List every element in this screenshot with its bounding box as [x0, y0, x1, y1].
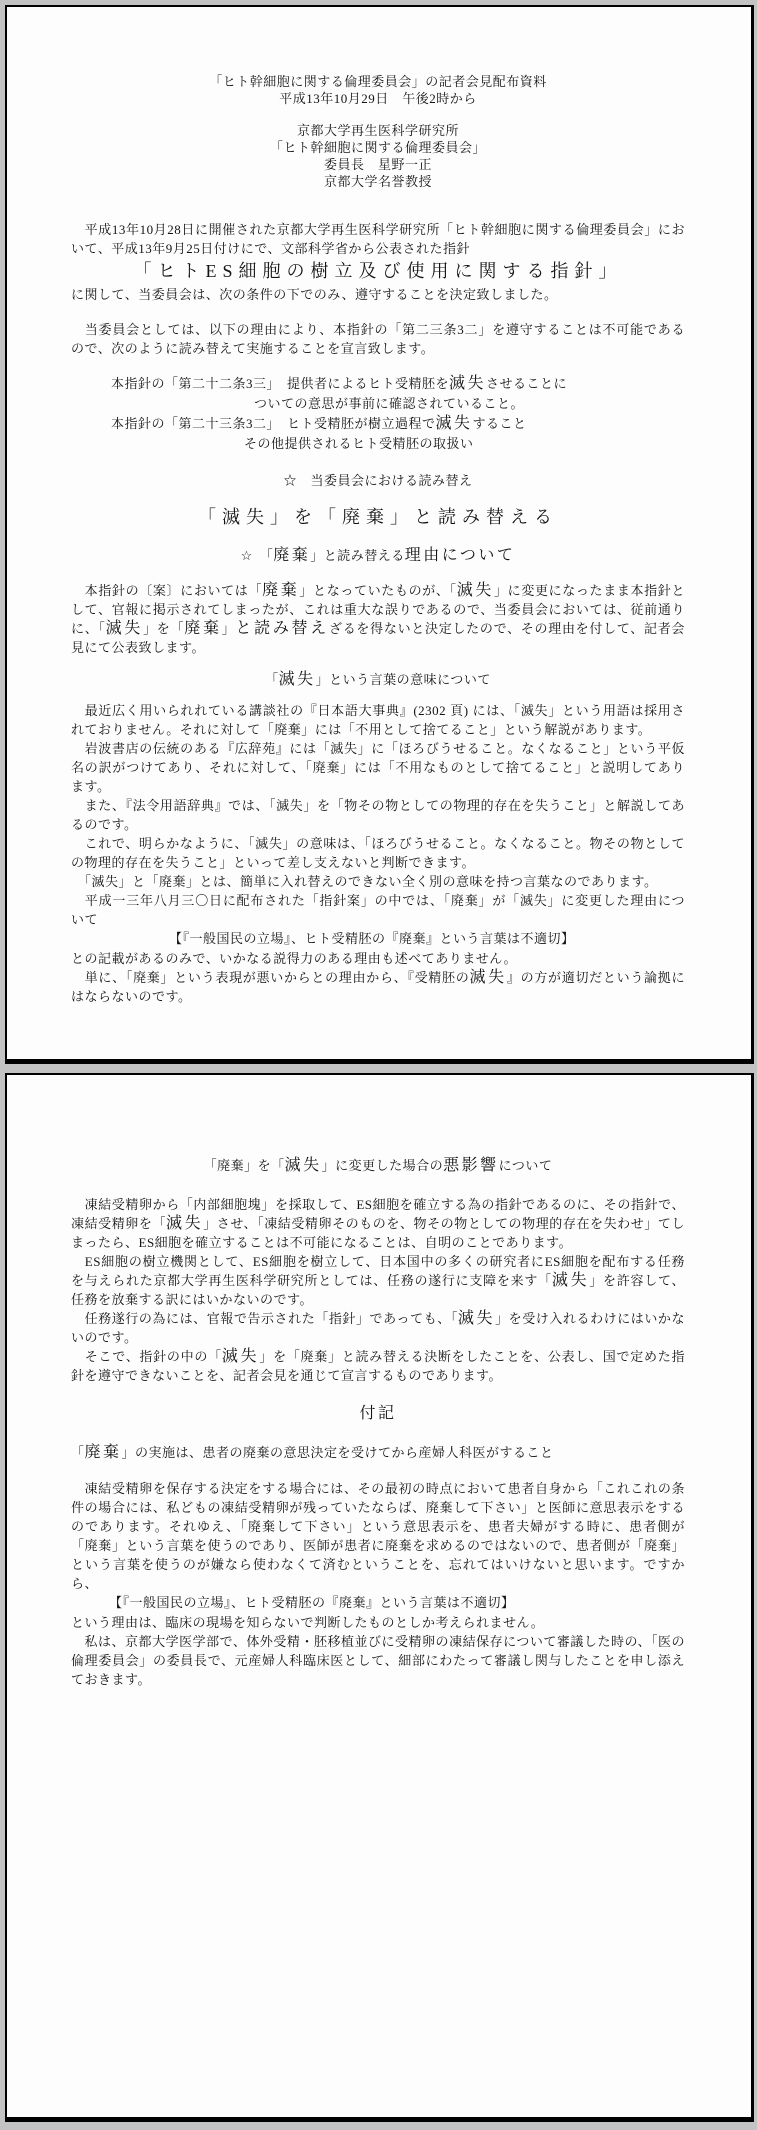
text-run: 」を「 — [143, 621, 184, 636]
header-org-line-1: 京都大学再生医科学研究所 — [71, 122, 685, 139]
emphasis-text: 滅失 — [166, 1215, 203, 1232]
emphasis-text: 滅失 — [457, 582, 494, 599]
emphasis-text: 滅失 — [436, 415, 473, 432]
text-run: ついての意思が事前に確認されていること。 — [254, 396, 524, 411]
header-title-line-2: 平成13年10月29日 午後2時から — [71, 90, 685, 107]
emphasis-text: 廃棄 — [85, 1444, 122, 1461]
bracket-note: 【『一般国民の立場』、ヒト受精胚の『廃棄』という言葉は不適切】 — [109, 1593, 685, 1613]
paragraph: 「滅失」と「廃棄」とは、簡単に入れ替えのできない全く別の意味を持つ言葉なのであり… — [71, 872, 685, 891]
text-run: 」の実施は、患者の廃棄の意思決定を受けてから産婦人科医がすること — [122, 1445, 554, 1460]
paragraph: 本指針の〔案〕においては「廃棄」となっていたものが、「滅失」に変更になったまま本… — [71, 581, 685, 657]
text-run: 平成一三年八月三〇日に配布された「指針案」の中では、「廃棄」が「滅失」に変更した… — [71, 893, 685, 927]
paragraph: 任務遂行の為には、官報で告示された「指針」であっても、「滅失」を受け入れるわけに… — [71, 1309, 685, 1347]
section-heading: ☆ 当委員会における読み替え — [71, 470, 685, 492]
bracket-note: 【『一般国民の立場』、ヒト受精胚の『廃棄』という言葉は不適切】 — [169, 929, 685, 949]
clause-item-continuation: その他提供されるヒト受精胚の取扱い — [244, 434, 685, 454]
text-run: 平成13年10月29日 午後2時から — [279, 91, 477, 106]
page-2: 「廃棄」を「滅失」に変更した場合の悪影響について 凍結受精卵から「内部細胞塊」を… — [5, 1073, 754, 2122]
text-run: について — [499, 1158, 553, 1173]
header-title-line-1: 「ヒト幹細胞に関する倫理委員会」の記者会見配布資料 — [71, 73, 685, 90]
text-run: 私は、京都大学医学部で、体外受精・胚移植並びに受精卵の凍結保存について審議した時… — [71, 1634, 685, 1687]
page-1: 「ヒト幹細胞に関する倫理委員会」の記者会見配布資料平成13年10月29日 午後2… — [5, 5, 754, 1064]
main-declaration-heading: 「滅失」を「廃棄」と読み替える — [71, 504, 685, 531]
header-org-line-3: 委員長 星野一正 — [71, 156, 685, 173]
text-run: ☆ 当委員会における読み替え — [283, 473, 472, 488]
paragraph: に関して、当委員会は、次の条件の下でのみ、遵守することを決定致しました。 — [71, 285, 685, 304]
emphasis-text: 廃棄 — [273, 547, 310, 564]
emphasis-text: 滅失 — [279, 671, 316, 688]
text-run: 本指針の〔案〕においては「 — [71, 583, 262, 598]
text-run: 本指針の「第二十三条3二」 ヒト受精胚が樹立過程で — [111, 416, 436, 431]
appendix-heading: 付記 — [71, 1403, 685, 1425]
section-heading: ☆ 「廃棄」と読み替える理由について — [71, 545, 685, 567]
text-run: 「滅失」と「廃棄」とは、簡単に入れ替えのできない全く別の意味を持つ言葉なのであり… — [71, 874, 657, 889]
section-heading: 「滅失」という言葉の意味について — [71, 669, 685, 691]
emphasis-text: 滅失 — [449, 375, 486, 392]
emphasis-text: 滅失 — [552, 1272, 589, 1289]
guideline-title: 「ヒトES細胞の樹立及び使用に関する指針」 — [71, 258, 685, 285]
header-org-line-2: 「ヒト幹細胞に関する倫理委員会」 — [71, 139, 685, 156]
text-run: 「ヒト幹細胞に関する倫理委員会」 — [270, 140, 486, 155]
text-run: という理由は、臨床の現場を知らないで判断したものとしか考えられません。 — [71, 1615, 544, 1630]
text-run: 単に、「廃棄」という表現が悪いからとの理由から、『受精胚の — [71, 970, 469, 985]
paragraph: 私は、京都大学医学部で、体外受精・胚移植並びに受精卵の凍結保存について審議した時… — [71, 1632, 685, 1689]
text-run: 委員長 星野一正 — [324, 157, 432, 172]
text-run: また、『法令用語辞典』では、「滅失」を「物その物としての物理的存在を失うこと」と… — [71, 798, 685, 832]
paragraph: 平成13年10月28日に開催された京都大学再生医科学研究所「ヒト幹細胞に関する倫… — [71, 220, 685, 258]
paragraph: 岩波書店の伝統のある『広辞苑』には「滅失」に「ほろびうせること。なくなること」と… — [71, 739, 685, 796]
page-2-content: 「廃棄」を「滅失」に変更した場合の悪影響について 凍結受精卵から「内部細胞塊」を… — [7, 1155, 751, 1689]
text-run: 「 — [265, 672, 279, 687]
text-run: ☆ 「 — [241, 548, 274, 563]
emphasis-text: と読み替え — [235, 620, 329, 637]
text-run: 」となっていたものが、「 — [299, 583, 456, 598]
text-run: 本指針の「第二十二条3三」 提供者によるヒト受精胚を — [111, 376, 449, 391]
text-run: 当委員会としては、以下の理由により、本指針の「第二三条3二」を遵守することは不可… — [71, 322, 685, 356]
text-run: その他提供されるヒト受精胚の取扱い — [244, 436, 474, 451]
paragraph: 最近広く用いられれている講談社の『日本語大事典』(2302 頁) には、「滅失」… — [71, 701, 685, 739]
clause-item-continuation: ついての意思が事前に確認されていること。 — [254, 394, 685, 414]
text-run: 「ヒト幹細胞に関する倫理委員会」の記者会見配布資料 — [209, 74, 547, 89]
paragraph: という理由は、臨床の現場を知らないで判断したものとしか考えられません。 — [71, 1613, 685, 1632]
paragraph: 単に、「廃棄」という表現が悪いからとの理由から、『受精胚の滅失』の方が適切だとい… — [71, 968, 685, 1006]
paragraph: 凍結受精卵から「内部細胞塊」を採取して、ES細胞を確立する為の指針であるのに、そ… — [71, 1195, 685, 1252]
text-run: 凍結受精卵を保存する決定をする場合には、その最初の時点において患者自身から「これ… — [71, 1481, 685, 1591]
text-run: 」という言葉の意味について — [316, 672, 491, 687]
text-run: これで、明らかなように、「滅失」の意味は、「ほろびうせること。なくなること。物そ… — [71, 836, 685, 870]
text-run: 「廃棄」を「 — [204, 1158, 285, 1173]
emphasis-text: 付記 — [359, 1405, 396, 1422]
emphasis-text: 滅失 — [285, 1157, 322, 1174]
text-run: すること — [473, 416, 527, 431]
page2-heading: 「廃棄」を「滅失」に変更した場合の悪影響について — [71, 1155, 685, 1177]
clause-item: 本指針の「第二十二条3三」 提供者によるヒト受精胚を滅失させることに — [111, 374, 685, 394]
emphasis-text: 廃棄 — [262, 582, 299, 599]
paragraph: そこで、指針の中の「滅失」を「廃棄」と読み替える決断をしたことを、公表し、国で定… — [71, 1347, 685, 1385]
paragraph: これで、明らかなように、「滅失」の意味は、「ほろびうせること。なくなること。物そ… — [71, 834, 685, 872]
text-run: 「滅失」を「廃棄」と読み替える — [198, 507, 558, 527]
text-run: 【『一般国民の立場』、ヒト受精胚の『廃棄』という言葉は不適切】 — [109, 1595, 515, 1610]
text-run: 「 — [71, 1445, 85, 1460]
emphasis-text: 滅失 — [106, 620, 143, 637]
paragraph: との記載があるのみで、いかなる説得力のある理由も述べてありません。 — [71, 949, 685, 968]
text-run: との記載があるのみで、いかなる説得力のある理由も述べてありません。 — [71, 951, 517, 966]
paragraph: また、『法令用語辞典』では、「滅失」を「物その物としての物理的存在を失うこと」と… — [71, 796, 685, 834]
text-run: させることに — [486, 376, 567, 391]
emphasis-text: 廃棄 — [184, 620, 221, 637]
paragraph: 平成一三年八月三〇日に配布された「指針案」の中では、「廃棄」が「滅失」に変更した… — [71, 891, 685, 929]
text-run: 平成13年10月28日に開催された京都大学再生医科学研究所「ヒト幹細胞に関する倫… — [71, 222, 685, 256]
paragraph: 凍結受精卵を保存する決定をする場合には、その最初の時点において患者自身から「これ… — [71, 1479, 685, 1593]
paragraph: ES細胞の樹立機関として、ES細胞を樹立して、日本国中の多くの研究者にES細胞を… — [71, 1252, 685, 1309]
text-run: 岩波書店の伝統のある『広辞苑』には「滅失」に「ほろびうせること。なくなること」と… — [71, 741, 685, 794]
text-run: 【『一般国民の立場』、ヒト受精胚の『廃棄』という言葉は不適切】 — [169, 931, 575, 946]
document: 「ヒト幹細胞に関する倫理委員会」の記者会見配布資料平成13年10月29日 午後2… — [0, 0, 757, 2122]
text-run: 任務遂行の為には、官報で告示された「指針」であっても、「 — [71, 1311, 458, 1326]
header-org-line-4: 京都大学名誉教授 — [71, 173, 685, 190]
text-run: 」に変更した場合の — [322, 1158, 444, 1173]
appendix-subheading: 「廃棄」の実施は、患者の廃棄の意思決定を受けてから産婦人科医がすること — [71, 1443, 685, 1463]
emphasis-text: 滅失 — [469, 969, 506, 986]
emphasis-text: 理由について — [405, 547, 516, 564]
text-run: 」 — [222, 621, 236, 636]
clause-item: 本指針の「第二十三条3二」 ヒト受精胚が樹立過程で滅失すること — [111, 414, 685, 434]
emphasis-text: 滅失 — [458, 1310, 495, 1327]
text-run: に関して、当委員会は、次の条件の下でのみ、遵守することを決定致しました。 — [71, 287, 558, 302]
text-run: 京都大学名誉教授 — [324, 174, 432, 189]
text-run: 最近広く用いられれている講談社の『日本語大事典』(2302 頁) には、「滅失」… — [71, 703, 685, 737]
emphasis-text: 悪影響 — [443, 1157, 499, 1174]
text-run: そこで、指針の中の「 — [71, 1349, 222, 1364]
text-run: 「ヒトES細胞の樹立及び使用に関する指針」 — [133, 261, 622, 281]
emphasis-text: 滅失 — [222, 1348, 259, 1365]
text-run: 京都大学再生医科学研究所 — [297, 123, 459, 138]
paragraph: 当委員会としては、以下の理由により、本指針の「第二三条3二」を遵守することは不可… — [71, 320, 685, 358]
page-1-content: 「ヒト幹細胞に関する倫理委員会」の記者会見配布資料平成13年10月29日 午後2… — [7, 73, 751, 1006]
text-run: 」と読み替える — [310, 548, 405, 563]
